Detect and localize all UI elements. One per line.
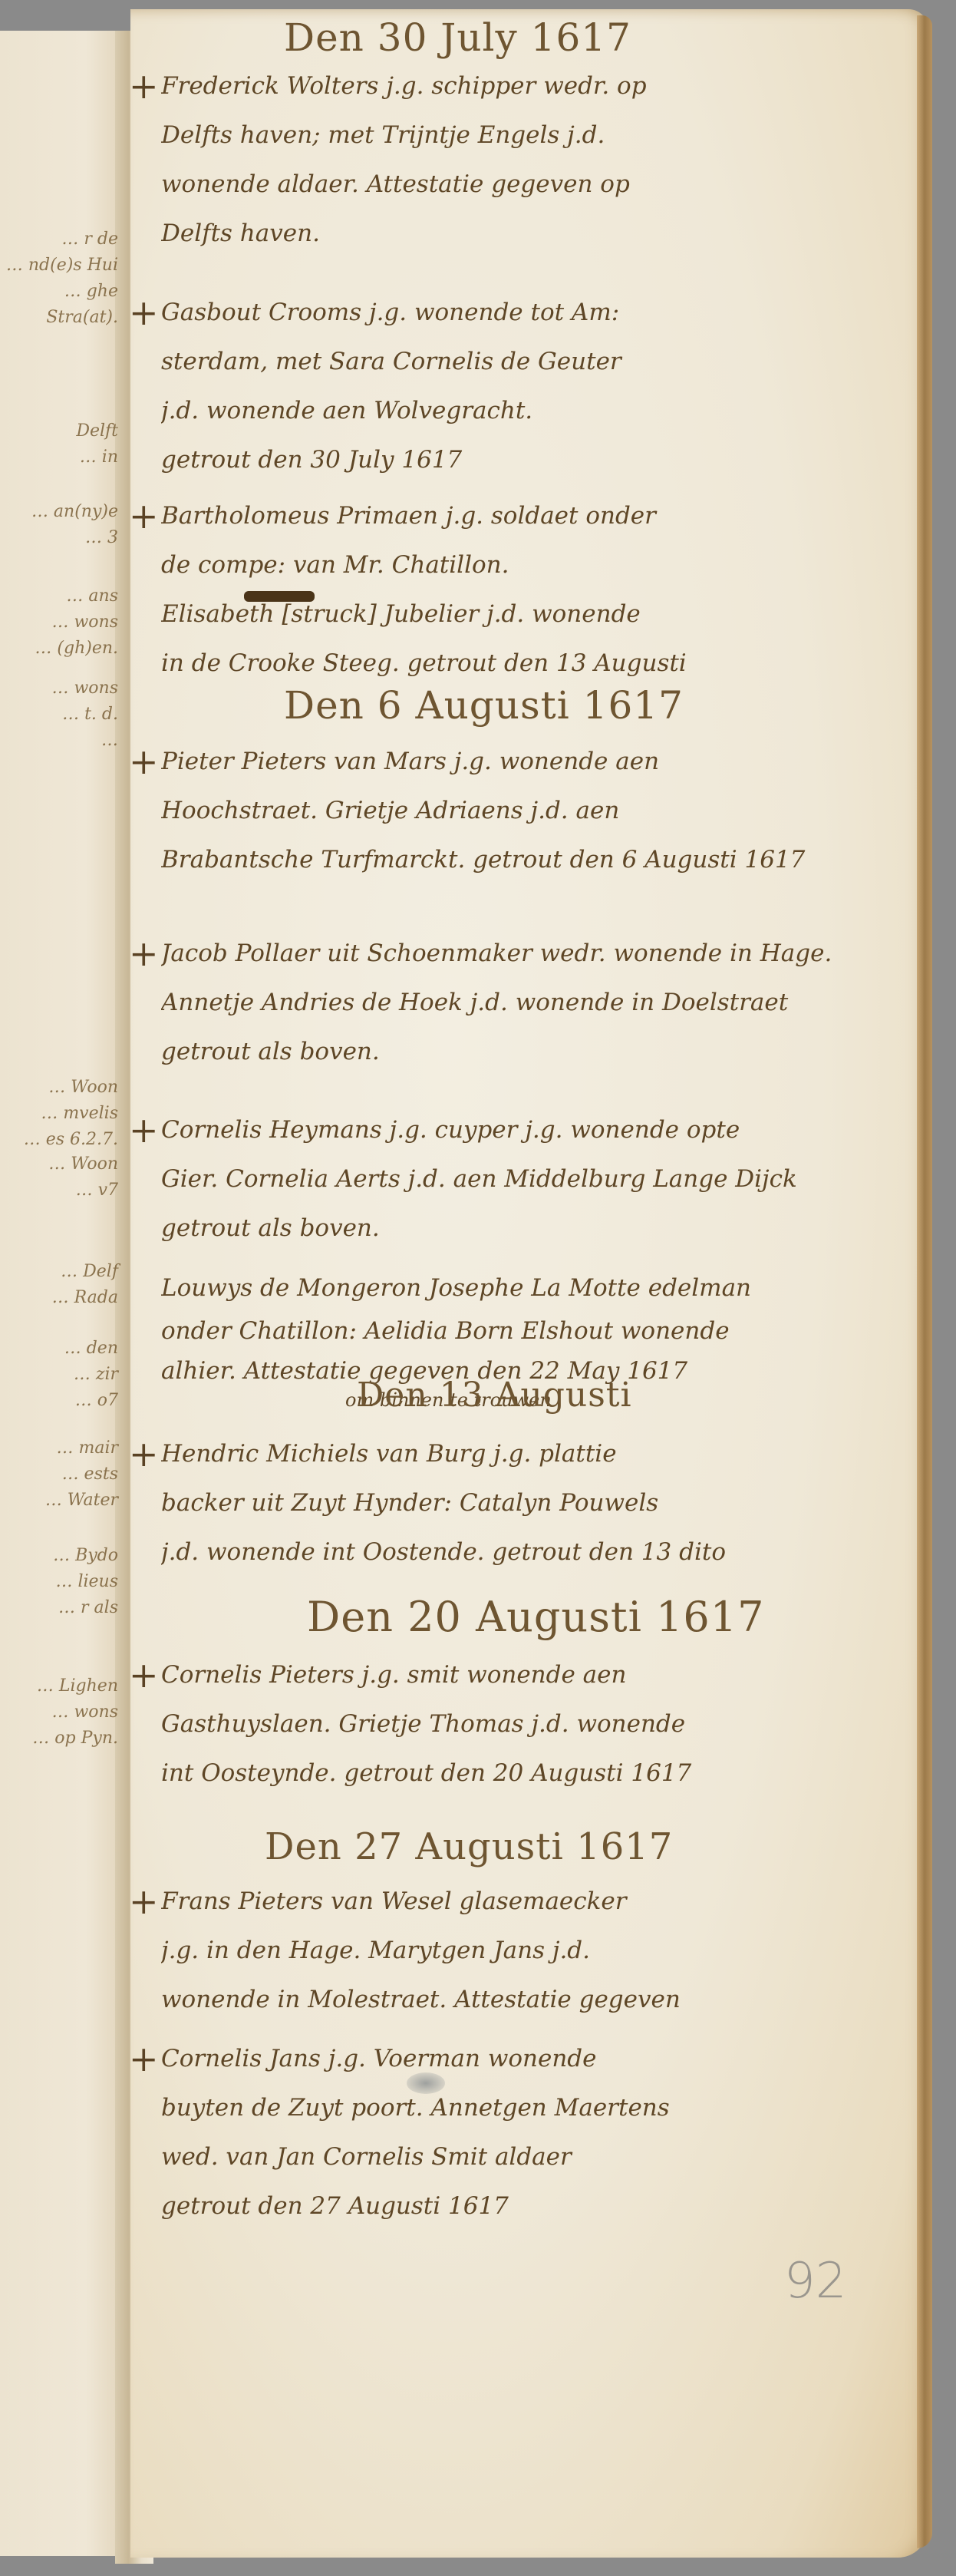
entry-line: Frans Pieters van Wesel glasemaecker [161, 1877, 898, 1926]
entry-line: Cornelis Heymans j.g. cuyper j.g. wonend… [161, 1105, 898, 1154]
date-heading-1: Den 6 Augusti 1617 [284, 683, 684, 728]
date-heading-3: Den 20 Augusti 1617 [307, 1593, 764, 1641]
fragment-line: … op Pyn. [3, 1726, 118, 1752]
entry-mark: + [129, 491, 159, 540]
fragment-line: … t. d. [3, 702, 118, 728]
entry-line: in de Crooke Steeg. getrout den 13 Augus… [161, 639, 898, 688]
fragment-line: … mvelis [3, 1101, 118, 1127]
struck-out-word [244, 591, 315, 602]
left-page-fragment: Delft… in [3, 418, 118, 471]
fragment-line: … Bydo [3, 1543, 118, 1569]
fragment-line: … den [3, 1336, 118, 1362]
left-page-fragment: … Delf… Rada [3, 1259, 118, 1311]
left-page-fragment: … wons… t. d.… [3, 675, 118, 754]
fragment-line: … nd(e)s Hui [3, 253, 118, 279]
entry-line: Cornelis Pieters j.g. smit wonende aen [161, 1650, 898, 1699]
register-entry: + Bartholomeus Primaen j.g. soldaet onde… [161, 491, 898, 688]
entry-mark: + [129, 2034, 159, 2083]
fragment-line: … v7 [3, 1177, 118, 1204]
fragment-line: … es 6.2.7. [3, 1127, 118, 1153]
fragment-line: … in [3, 444, 118, 471]
entry-line: getrout den 27 Augusti 1617 [161, 2181, 898, 2231]
entry-mark: + [129, 1650, 159, 1699]
folio-number: 92 [784, 2253, 846, 2310]
entry-line: getrout den 30 July 1617 [161, 435, 898, 484]
left-page-fragment: … r de… nd(e)s Hui… ghe Stra(at). [3, 226, 118, 331]
entry-mark: + [129, 1105, 159, 1154]
fragment-line: … ests [3, 1461, 118, 1488]
entry-line: sterdam, met Sara Cornelis de Geuter [161, 337, 898, 386]
entry-line: wonende aldaer. Attestatie gegeven op [161, 160, 898, 209]
left-page-fragment: … Woon… mvelis… es 6.2.7. [3, 1075, 118, 1153]
date-heading-0: Den 30 July 1617 [284, 15, 631, 60]
date-heading-2: Den 13 Augusti [357, 1376, 632, 1415]
entry-line: j.g. in den Hage. Marytgen Jans j.d. [161, 1926, 898, 1975]
entry-mark: + [129, 737, 159, 786]
ink-smudge [407, 2072, 445, 2094]
register-entry: + Frans Pieters van Wesel glasemaecker j… [161, 1877, 898, 2024]
register-entry: + Jacob Pollaer uit Schoenmaker wedr. wo… [161, 929, 898, 1076]
left-page-fragment: … Woon… v7 [3, 1151, 118, 1204]
fragment-line: … wons [3, 1699, 118, 1726]
entry-mark: + [129, 288, 159, 337]
entry-line: backer uit Zuyt Hynder: Catalyn Pouwels [161, 1478, 898, 1527]
entry-line: getrout als boven. [161, 1204, 898, 1253]
left-page-fragment: … ans… wons… (gh)en. [3, 583, 118, 662]
entry-mark: + [129, 1429, 159, 1478]
entry-mark: + [129, 61, 159, 111]
left-page-fragment: … mair… ests… Water [3, 1435, 118, 1514]
register-entry: + Frederick Wolters j.g. schipper wedr. … [161, 61, 898, 258]
fragment-line: … Delf [3, 1259, 118, 1285]
fragment-line: … Lighen [3, 1673, 118, 1699]
fragment-line: … [3, 728, 118, 754]
entry-line: Pieter Pieters van Mars j.g. wonende aen [161, 737, 898, 786]
fragment-line: … ghe Stra(at). [3, 279, 118, 331]
fragment-line: … an(ny)e [3, 499, 118, 525]
entry-mark: + [129, 929, 159, 978]
entry-line: buyten de Zuyt poort. Annetgen Maertens [161, 2083, 898, 2132]
entry-line: Frederick Wolters j.g. schipper wedr. op [161, 61, 898, 111]
left-page-fragment: … den… zir… o7 [3, 1336, 118, 1414]
entry-line: Hoochstraet. Grietje Adriaens j.d. aen [161, 786, 898, 835]
fragment-line: … r de [3, 226, 118, 253]
fragment-line: … ans [3, 583, 118, 609]
date-heading-4: Den 27 Augusti 1617 [265, 1825, 673, 1868]
fragment-line: … 3 [3, 525, 118, 551]
register-entry: + Cornelis Heymans j.g. cuyper j.g. wone… [161, 1105, 898, 1253]
entry-line: Annetje Andries de Hoek j.d. wonende in … [161, 978, 898, 1027]
left-page-fragment: … an(ny)e… 3 [3, 499, 118, 551]
register-entry: + Gasbout Crooms j.g. wonende tot Am: st… [161, 288, 898, 484]
entry-line: Delfts haven. [161, 209, 898, 258]
entry-line: Hendric Michiels van Burg j.g. plattie [161, 1429, 898, 1478]
fragment-line: … mair [3, 1435, 118, 1461]
page-edge [917, 15, 932, 2548]
fragment-line: … Water [3, 1488, 118, 1514]
fragment-line: … zir [3, 1362, 118, 1388]
entry-line: int Oosteynde. getrout den 20 Augusti 16… [161, 1749, 898, 1798]
left-page-fragment: … Bydo… lieus… r als [3, 1543, 118, 1621]
fragment-line: … wons [3, 609, 118, 636]
fragment-line: … lieus [3, 1569, 118, 1595]
entry-line: Louwys de Mongeron Josephe La Motte edel… [161, 1267, 898, 1309]
fragment-line: … r als [3, 1595, 118, 1621]
entry-line: Delfts haven; met Trijntje Engels j.d. [161, 111, 898, 160]
entry-line: Jacob Pollaer uit Schoenmaker wedr. wone… [161, 929, 898, 978]
fragment-line: … (gh)en. [3, 636, 118, 662]
entry-line: Gier. Cornelia Aerts j.d. aen Middelburg… [161, 1154, 898, 1204]
entry-line: Bartholomeus Primaen j.g. soldaet onder [161, 491, 898, 540]
entry-line: onder Chatillon: Aelidia Born Elshout wo… [161, 1309, 898, 1352]
fragment-line: … Woon [3, 1075, 118, 1101]
entry-line: j.d. wonende int Oostende. getrout den 1… [161, 1527, 898, 1577]
entry-line: Brabantsche Turfmarckt. getrout den 6 Au… [161, 835, 898, 884]
entry-line: de compe: van Mr. Chatillon. [161, 540, 898, 590]
register-entry: + Hendric Michiels van Burg j.g. plattie… [161, 1429, 898, 1577]
fragment-line: Delft [3, 418, 118, 444]
fragment-line: … Rada [3, 1285, 118, 1311]
fragment-line: … wons [3, 675, 118, 702]
entry-mark: + [129, 1877, 159, 1926]
fragment-line: … Woon [3, 1151, 118, 1177]
fragment-line: … o7 [3, 1388, 118, 1414]
entry-line: getrout als boven. [161, 1027, 898, 1076]
entry-line: wonende in Molestraet. Attestatie gegeve… [161, 1975, 898, 2024]
left-page-fragment: … Lighen… wons… op Pyn. [3, 1673, 118, 1752]
register-entry: + Cornelis Pieters j.g. smit wonende aen… [161, 1650, 898, 1798]
entry-line: Cornelis Jans j.g. Voerman wonende [161, 2034, 898, 2083]
entry-line: wed. van Jan Cornelis Smit aldaer [161, 2132, 898, 2181]
entry-line: Gasthuyslaen. Grietje Thomas j.d. wonend… [161, 1699, 898, 1749]
entry-line: j.d. wonende aen Wolvegracht. [161, 386, 898, 435]
register-entry: + Pieter Pieters van Mars j.g. wonende a… [161, 737, 898, 884]
entry-line: Gasbout Crooms j.g. wonende tot Am: [161, 288, 898, 337]
register-entry: + Cornelis Jans j.g. Voerman wonende buy… [161, 2034, 898, 2231]
